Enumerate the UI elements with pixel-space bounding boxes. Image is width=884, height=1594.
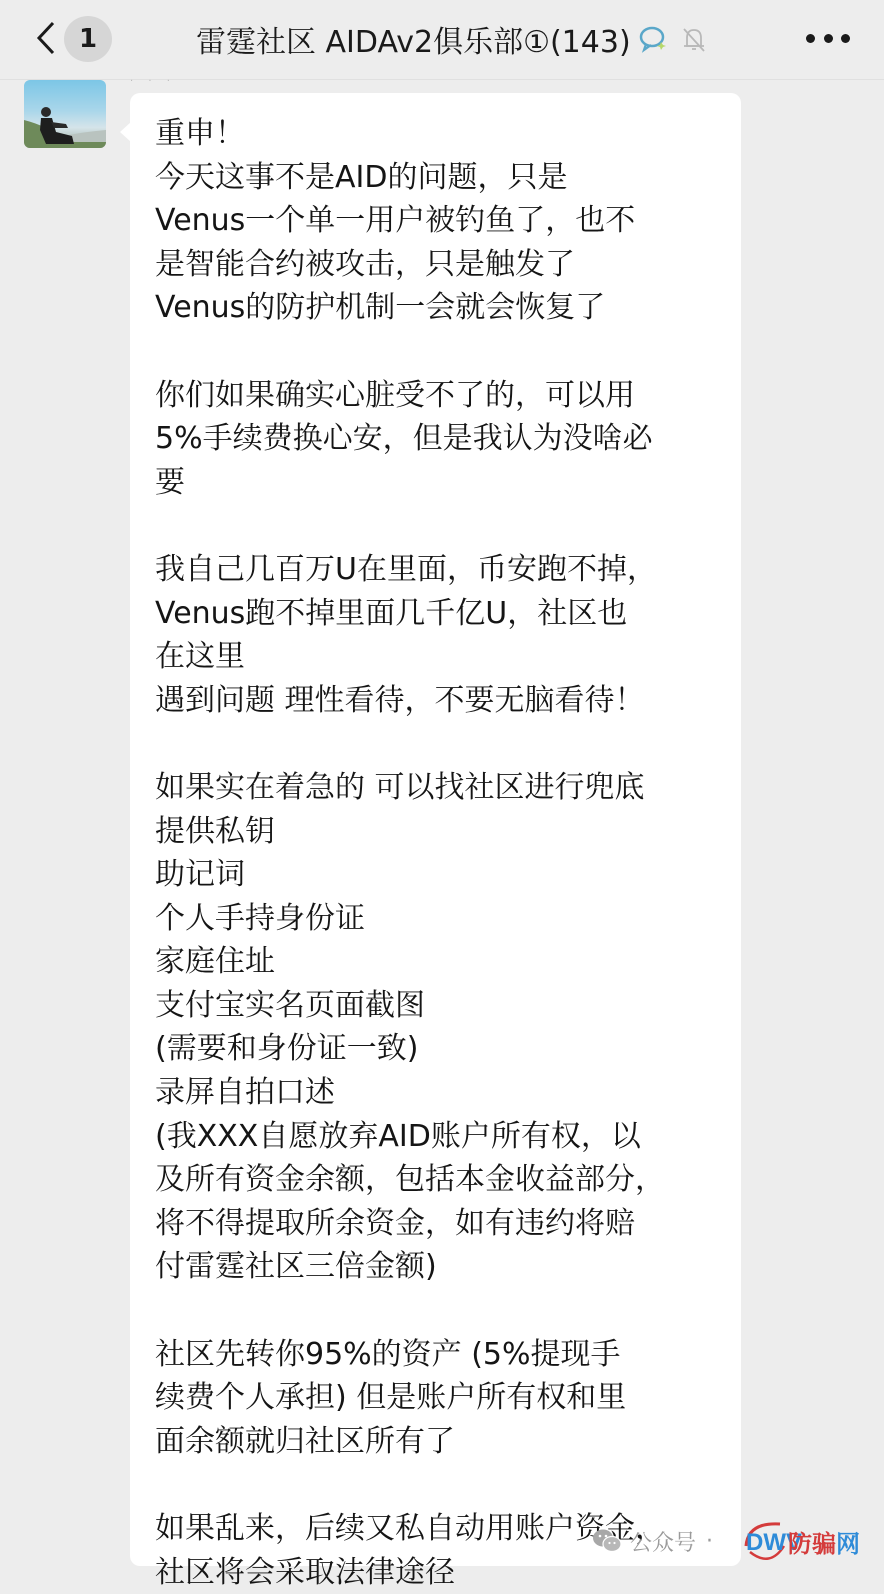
message-blank-line — [155, 722, 735, 766]
message-line: 助记词 — [155, 853, 735, 897]
message-blank-line — [155, 330, 735, 374]
message-line: (我XXX自愿放弃AID账户所有权，以 — [155, 1115, 735, 1159]
message-line: Venus的防护机制一会就会恢复了 — [155, 286, 735, 330]
message-line: 支付宝实名页面截图 — [155, 984, 735, 1028]
watermark-brand: 防骗网 — [788, 1524, 860, 1559]
message-line: 重申！ — [155, 112, 735, 156]
message-line: 5%手续费换心安，但是我认为没啥必 — [155, 417, 735, 461]
watermark-prefix: 公众号 — [630, 1526, 696, 1557]
chat-bubble-icon — [637, 22, 671, 56]
message-text[interactable]: 重申！今天这事不是AID的问题，只是Venus一个单一用户被钓鱼了，也不是智能合… — [155, 112, 735, 1582]
message-line: 今天这事不是AID的问题，只是 — [155, 156, 735, 200]
watermark-brand-suffix: 网 — [836, 1530, 860, 1558]
message-line: 如果实在着急的 可以找社区进行兜底 — [155, 766, 735, 810]
message-line: 个人手持身份证 — [155, 897, 735, 941]
message-line: 社区先转你95%的资产 (5%提现手 — [155, 1333, 735, 1377]
message-line: 家庭住址 — [155, 940, 735, 984]
watermark-brand-text: 防骗 — [788, 1530, 836, 1558]
wechat-icon — [592, 1528, 622, 1554]
message-line: Venus一个单一用户被钓鱼了，也不 — [155, 199, 735, 243]
message-line: Venus跑不掉里面几千亿U，社区也 — [155, 592, 735, 636]
chat-title-group: 雷霆社区 AIDAv2俱乐部①(143) — [196, 14, 709, 64]
message-line: 遇到问题 理性看待，不要无脑看待！ — [155, 679, 735, 723]
message-line: 在这里 — [155, 635, 735, 679]
message-line: 要 — [155, 461, 735, 505]
message-line: 我自己几百万U在里面，币安跑不掉， — [155, 548, 735, 592]
chat-title: 雷霆社区 AIDAv2俱乐部①(143) — [196, 17, 631, 61]
message-line: 付雷霆社区三倍金额) — [155, 1245, 735, 1289]
message-blank-line — [155, 1289, 735, 1333]
message-line: 你们如果确实心脏受不了的，可以用 — [155, 374, 735, 418]
avatar-photo — [24, 80, 106, 148]
unread-count-badge[interactable]: 1 — [64, 16, 112, 62]
bubble-tail — [120, 122, 131, 142]
watermark-separator: · — [706, 1529, 713, 1554]
sender-nickname: · · · — [130, 76, 176, 87]
message-line: 将不得提取所余资金，如有违约将赔 — [155, 1202, 735, 1246]
more-dot — [841, 34, 850, 43]
chevron-left-icon — [35, 20, 57, 56]
watermark: 公众号 · — [592, 1524, 723, 1558]
more-dot — [824, 34, 833, 43]
message-line: 是智能合约被攻击，只是触发了 — [155, 243, 735, 287]
message-line: 录屏自拍口述 — [155, 1071, 735, 1115]
message-blank-line — [155, 504, 735, 548]
avatar[interactable] — [24, 80, 106, 148]
message-line: 续费个人承担) 但是账户所有权和里 — [155, 1376, 735, 1420]
more-dot — [806, 34, 815, 43]
back-button[interactable] — [26, 16, 66, 60]
message-line: 及所有资金余额，包括本金收益部分， — [155, 1158, 735, 1202]
message-line: 提供私钥 — [155, 810, 735, 854]
message-line: (需要和身份证一致) — [155, 1027, 735, 1071]
message-line: 面余额就归社区所有了 — [155, 1420, 735, 1464]
chat-header: 1 雷霆社区 AIDAv2俱乐部①(143) — [0, 0, 884, 80]
message-blank-line — [155, 1463, 735, 1507]
muted-bell-icon — [679, 24, 709, 54]
more-options-button[interactable] — [806, 28, 850, 48]
